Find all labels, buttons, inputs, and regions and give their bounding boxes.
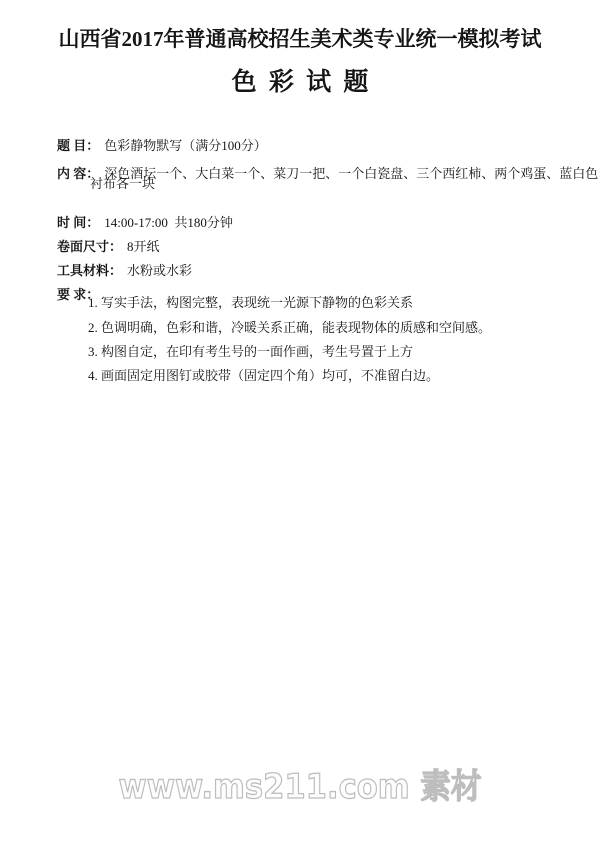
watermark: www.ms211.com 素材 — [30, 768, 570, 806]
exam-subtitle: 色 彩 试 题 — [0, 66, 600, 100]
page-title: 山西省2017年普通高校招生美术类专业统一模拟考试 — [0, 26, 600, 52]
field-value-content-line2: 衬布各一块 — [90, 176, 155, 192]
requirement-item-2: 2. 色调明确，色彩和谐，冷暖关系正确，能表现物体的质感和空间感。 — [88, 320, 491, 336]
exam-paper: 山西省2017年普通高校招生美术类专业统一模拟考试 色 彩 试 题 题 目：色彩… — [0, 0, 600, 848]
field-value-materials: 水粉或水彩 — [127, 263, 192, 278]
requirement-item-4: 4. 画面固定用图钉或胶带（固定四个角）均可，不准留白边。 — [88, 368, 439, 384]
field-value-content-line1: 深色酒坛一个、大白菜一个、菜刀一把、一个白瓷盘、三个西红柿、两个鸡蛋、蓝白色 — [104, 166, 598, 181]
requirement-item-1: 1. 写实手法，构图完整，表现统一光源下静物的色彩关系 — [88, 295, 413, 311]
requirement-item-3: 3. 构图自定，在印有考生号的一面作画，考生号置于上方 — [88, 344, 413, 360]
